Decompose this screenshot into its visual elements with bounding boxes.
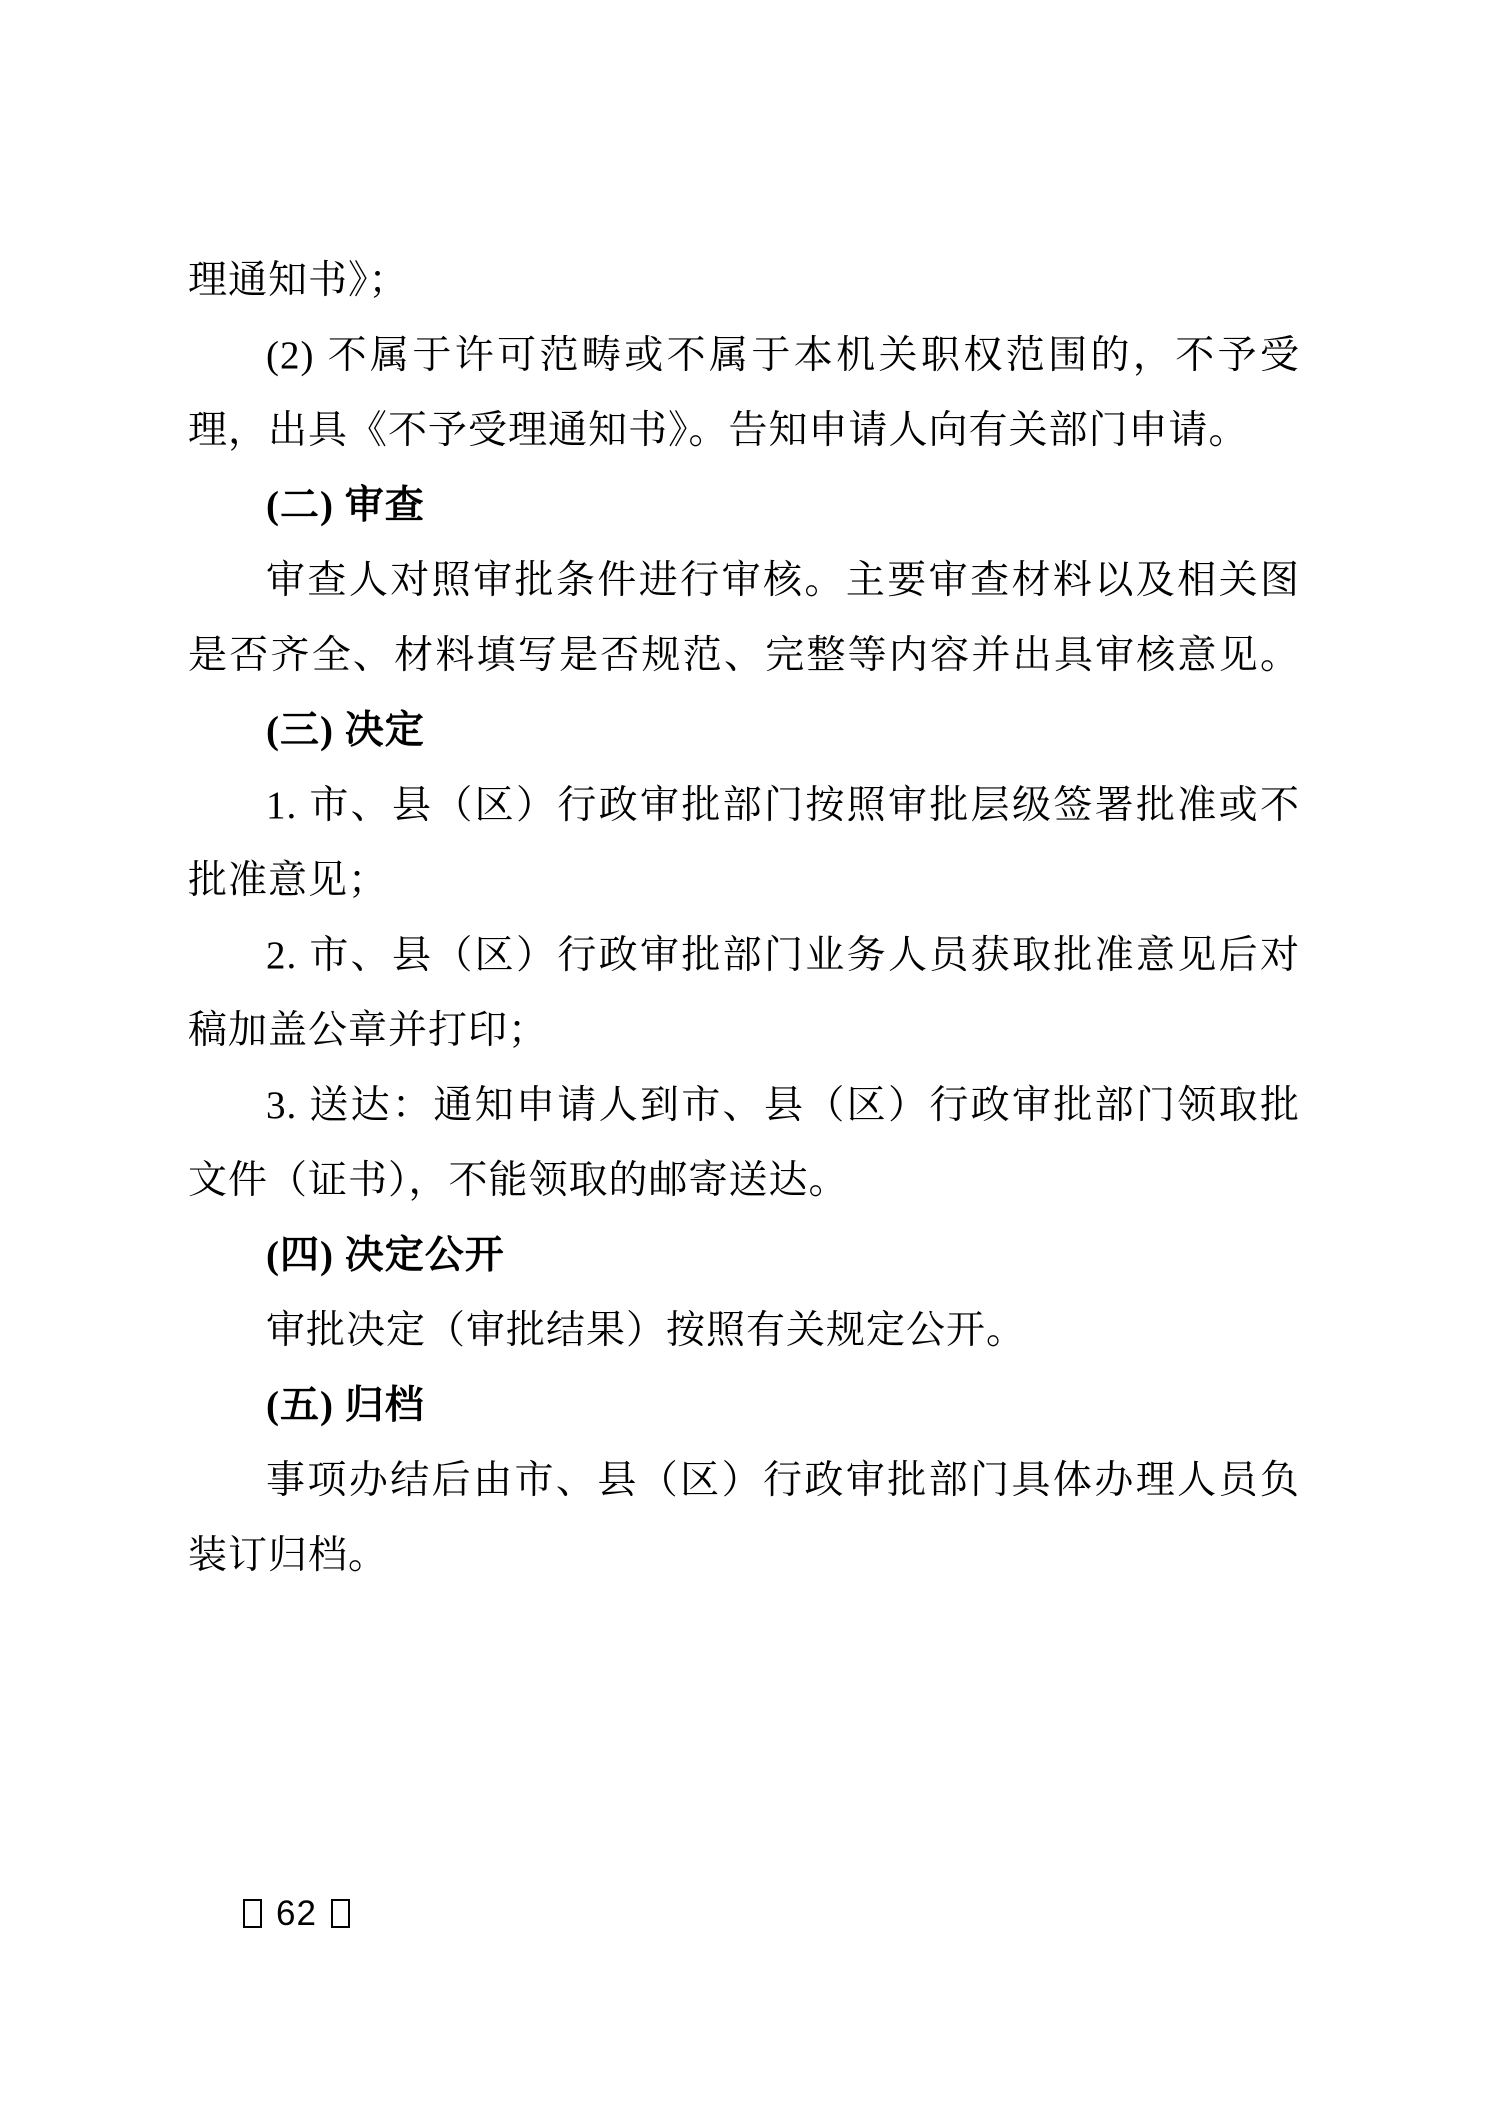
body-line-archiving-1: 事项办结后由市、县（区）行政审批部门具体办理人员负责	[188, 1443, 1300, 1518]
body-line-item-2: (2) 不属于许可范畴或不属于本机关职权范围的，不予受	[188, 318, 1300, 393]
body-line-item-2-cont: 理，出具《不予受理通知书》。告知申请人向有关部门申请。	[188, 393, 1300, 468]
document-body: 理通知书》； (2) 不属于许可范畴或不属于本机关职权范围的，不予受 理，出具《…	[188, 243, 1300, 1593]
body-line-decision-2-cont: 稿加盖公章并打印；	[188, 993, 1300, 1068]
body-line-decision-3: 3. 送达：通知申请人到市、县（区）行政审批部门领取批准	[188, 1068, 1300, 1143]
body-line-publicity: 审批决定（审批结果）按照有关规定公开。	[188, 1293, 1300, 1368]
page-number: 62	[276, 1896, 317, 1931]
page-footer: 62	[243, 1893, 350, 1933]
body-line-decision-2: 2. 市、县（区）行政审批部门业务人员获取批准意见后对文	[188, 918, 1300, 993]
body-line-decision-1-cont: 批准意见；	[188, 843, 1300, 918]
heading-decision: (三) 决定	[188, 693, 1300, 768]
body-line-review-2: 是否齐全、材料填写是否规范、完整等内容并出具审核意见。	[188, 618, 1300, 693]
body-line-decision-3-cont: 文件（证书），不能领取的邮寄送达。	[188, 1143, 1300, 1218]
heading-review: (二) 审查	[188, 468, 1300, 543]
missing-glyph-box-right	[331, 1899, 350, 1928]
body-line-decision-1: 1. 市、县（区）行政审批部门按照审批层级签署批准或不予	[188, 768, 1300, 843]
heading-decision-publicity: (四) 决定公开	[188, 1218, 1300, 1293]
body-line-archiving-1-cont: 装订归档。	[188, 1518, 1300, 1593]
document-page: 理通知书》； (2) 不属于许可范畴或不属于本机关职权范围的，不予受 理，出具《…	[0, 0, 1487, 2105]
heading-archiving: (五) 归档	[188, 1368, 1300, 1443]
missing-glyph-box-left	[243, 1899, 262, 1928]
body-line-review-1: 审查人对照审批条件进行审核。主要审查材料以及相关图件	[188, 543, 1300, 618]
body-line-continuation: 理通知书》；	[188, 243, 1300, 318]
